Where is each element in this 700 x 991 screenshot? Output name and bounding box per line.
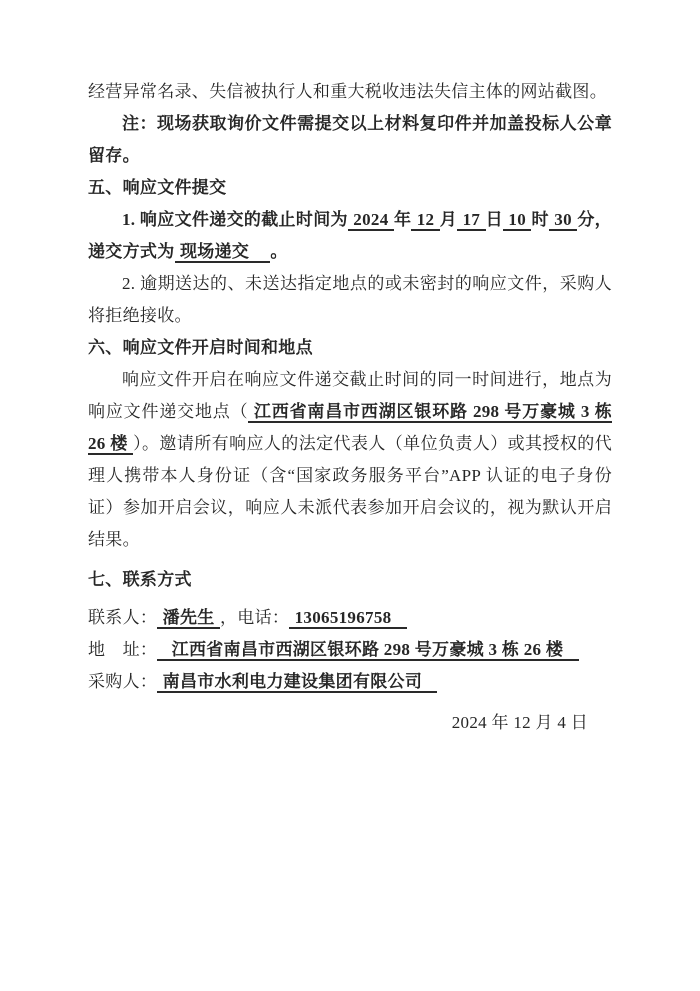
- contact-name-value: 潘先生: [157, 608, 220, 629]
- purchaser-value: 南昌市水利电力建设集团有限公司: [157, 672, 437, 693]
- deadline-day-unit: 日: [486, 210, 503, 229]
- contact-person-line: 联系人：潘先生，电话：13065196758: [88, 602, 612, 634]
- section6-body: 响应文件开启在响应文件递交截止时间的同一时间进行，地点为响应文件递交地点（江西省…: [88, 364, 612, 556]
- deadline-month-value: 12: [411, 210, 439, 231]
- deadline-hour-value: 10: [503, 210, 531, 231]
- section5-item2: 2. 逾期送达的、未送达指定地点的或未密封的响应文件，采购人将拒绝接收。: [88, 268, 612, 332]
- deadline-day-value: 17: [457, 210, 485, 231]
- paragraph-continuation: 经营异常名录、失信被执行人和重大税收违法失信主体的网站截图。: [88, 76, 612, 108]
- document-date: 2024 年 12 月 4 日: [88, 707, 612, 739]
- paragraph-note: 注：现场获取询价文件需提交以上材料复印件并加盖投标人公章留存。: [88, 108, 612, 172]
- deadline-year-value: 2024: [348, 210, 394, 231]
- contact-address-value: 江西省南昌市西湖区银环路 298 号万豪城 3 栋 26 楼: [157, 640, 579, 661]
- delivery-method-value: 现场递交: [175, 242, 271, 263]
- section5-item1: 1. 响应文件递交的截止时间为2024年12月17日10时30分，递交方式为现场…: [88, 204, 612, 268]
- section7-heading: 七、联系方式: [88, 564, 612, 596]
- section6-heading: 六、响应文件开启时间和地点: [88, 332, 612, 364]
- opening-body-suffix-text: ）。邀请所有响应人的法定代表人（单位负责人）或其授权的代理人携带本人身份证（含“…: [88, 434, 612, 549]
- contact-phone-label: ，电话：: [220, 608, 289, 627]
- deadline-period-text: 。: [270, 242, 287, 261]
- contact-address-label: 地 址：: [88, 640, 157, 659]
- deadline-hour-unit: 时: [531, 210, 548, 229]
- document-page: 经营异常名录、失信被执行人和重大税收违法失信主体的网站截图。 注：现场获取询价文…: [0, 0, 700, 991]
- deadline-minute-value: 30: [549, 210, 577, 231]
- deadline-year-unit: 年: [394, 210, 411, 229]
- contact-phone-value: 13065196758: [289, 608, 407, 629]
- contact-person-label: 联系人：: [88, 608, 157, 627]
- deadline-month-unit: 月: [440, 210, 457, 229]
- purchaser-line: 采购人：南昌市水利电力建设集团有限公司: [88, 666, 612, 698]
- deadline-prefix-text: 1. 响应文件递交的截止时间为: [122, 210, 348, 229]
- section5-heading: 五、响应文件提交: [88, 172, 612, 204]
- contact-address-line: 地 址：江西省南昌市西湖区银环路 298 号万豪城 3 栋 26 楼: [88, 634, 612, 666]
- purchaser-label: 采购人：: [88, 672, 157, 691]
